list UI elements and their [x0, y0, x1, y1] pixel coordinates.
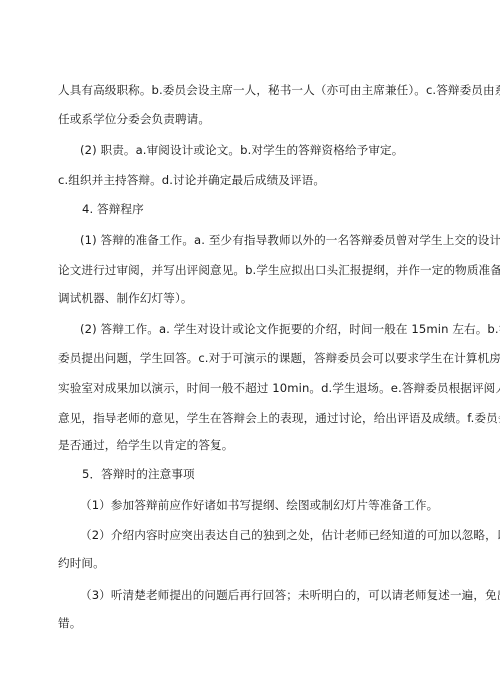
- section-heading: 5．答辩时的注意事项: [82, 467, 195, 481]
- paragraph-line: 调试机器、制作幻灯等）。: [58, 291, 193, 305]
- paragraph-line: 意见，指导老师的意见，学生在答辩会上的表现，通过讨论，给出评语及成绩。f.委员会…: [58, 411, 500, 425]
- paragraph-line: （2）介绍内容时应突出表达自己的独到之处，估计老师已经知道的可加以忽略，以节: [80, 528, 500, 542]
- paragraph-line: （1）参加答辩前应作好诸如书写提纲、绘图或制幻灯片等准备工作。: [80, 498, 438, 512]
- paragraph-line: 实验室对成果加以演示，时间一般不超过 10min。d.学生退场。e.答辩委员根据…: [58, 381, 500, 395]
- paragraph-line: c.组织并主持答辩。d.讨论并确定最后成绩及评语。: [58, 173, 325, 187]
- paragraph-line: 错。: [58, 616, 81, 630]
- paragraph-line: 任或系学位分委会负责聘请。: [58, 112, 210, 126]
- paragraph-line: （3）听清楚老师提出的问题后再行回答；未听明白的，可以请老师复述一遍，免出差: [80, 588, 500, 602]
- paragraph-line: (1) 答辩的准备工作。a. 至少有指导教师以外的一名答辩委员曾对学生上交的设计…: [80, 233, 500, 247]
- paragraph-line: (2) 答辩工作。a. 学生对设计或论文作扼要的介绍，时间一般在 15min 左…: [80, 322, 500, 336]
- paragraph-line: 约时间。: [58, 556, 105, 570]
- paragraph-line: 是否通过，给学生以肯定的答复。: [58, 438, 233, 452]
- section-heading: 4. 答辩程序: [82, 202, 144, 216]
- paragraph-line: 委员提出问题，学生回答。c.对于可演示的课题，答辩委员会可以要求学生在计算机房或…: [58, 351, 500, 365]
- paragraph-line: (2) 职责。a.审阅设计或论文。b.对学生的答辩资格给予审定。: [80, 143, 403, 157]
- paragraph-line: 人具有高级职称。b.委员会设主席一人，秘书一人（亦可由主席兼任）。c.答辩委员由…: [58, 83, 500, 97]
- paragraph-line: 论文进行过审阅，并写出评阅意见。b.学生应拟出口头汇报提纲，并作一定的物质准备（…: [58, 263, 500, 277]
